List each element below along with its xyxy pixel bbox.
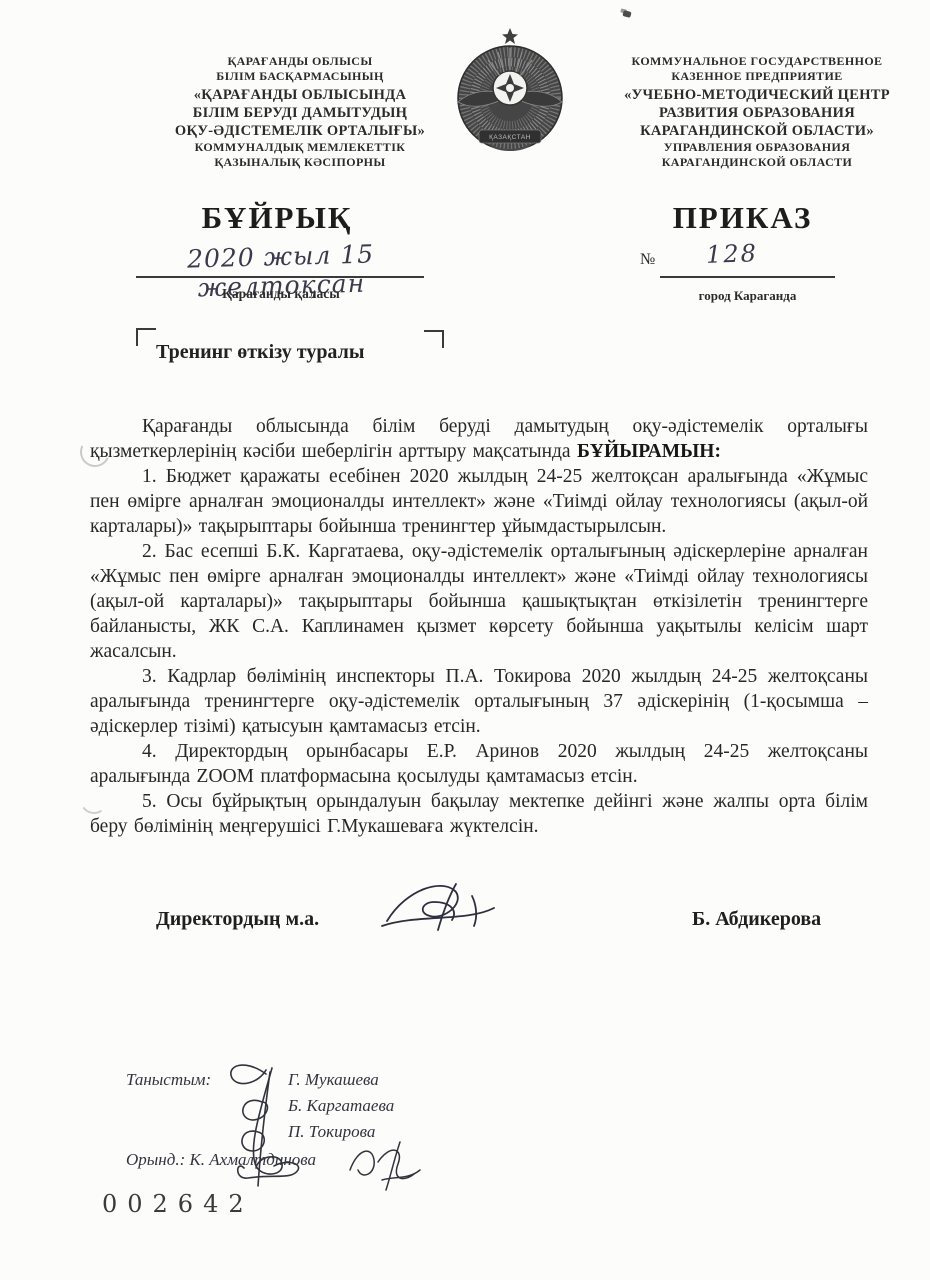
familiarized-name: Г. Мукашева [288, 1070, 379, 1090]
org-line: ҚАРАҒАНДЫ ОБЛЫСЫ [152, 54, 448, 69]
form-serial-number: 002642 [102, 1190, 254, 1218]
executor-line: Орынд.: К. Ахмалтдинова [126, 1150, 316, 1170]
director-signature [372, 876, 507, 943]
order-item-2: 2. Бас есепші Б.К. Каргатаева, оқу-әдіст… [90, 539, 868, 664]
number-underline [660, 276, 835, 278]
familiarized-label: Таныстым: [126, 1070, 211, 1090]
org-line: БІЛІМ БАСҚАРМАСЫНЫҢ [152, 69, 448, 84]
corner-bracket-right [424, 330, 444, 348]
order-title-kazakh: БҰЙРЫҚ [132, 200, 422, 236]
scanned-order-document: ҚАРАҒАНДЫ ОБЛЫСЫ БІЛІМ БАСҚАРМАСЫНЫҢ «ҚА… [0, 0, 930, 1280]
org-line: КОММУНАЛДЫҚ МЕМЛЕКЕТТІК [152, 140, 448, 155]
intro-paragraph: Қарағанды облысында білім беруді дамытуд… [90, 414, 868, 464]
order-item-3: 3. Кадрлар бөлімінің инспекторы П.А. Ток… [90, 664, 868, 739]
corner-bracket-left [136, 328, 156, 346]
kazakhstan-coat-of-arms-icon: ҚАЗАҚСТАН [452, 26, 568, 168]
city-kazakh: Қарағанды қаласы [140, 286, 422, 302]
intro-text: Қарағанды облысында білім беруді дамытуд… [90, 416, 868, 462]
order-verb: БҰЙЫРАМЫН: [577, 441, 721, 462]
date-underline [136, 276, 424, 278]
org-line: КОММУНАЛЬНОЕ ГОСУДАРСТВЕННОЕ [602, 54, 912, 69]
number-sign: № [640, 251, 655, 269]
svg-text:ҚАЗАҚСТАН: ҚАЗАҚСТАН [489, 134, 531, 141]
org-line: УПРАВЛЕНИЯ ОБРАЗОВАНИЯ [602, 140, 912, 155]
signer-name: Б. Абдикерова [692, 908, 821, 931]
org-line: КАРАГАНДИНСКОЙ ОБЛАСТИ» [602, 122, 912, 140]
order-subject: Тренинг өткізу туралы [156, 341, 364, 364]
handwritten-order-number: 128 [672, 238, 793, 270]
order-title-russian: ПРИКАЗ [630, 200, 855, 236]
org-line: ҚАЗЫНАЛЫҚ КӘСІПОРНЫ [152, 155, 448, 170]
familiarized-name: Б. Каргатаева [288, 1096, 394, 1116]
order-body: Қарағанды облысында білім беруді дамытуд… [90, 414, 868, 839]
scan-artifact-speck [622, 10, 631, 18]
executor-signature [342, 1136, 430, 1199]
org-name-russian: КОММУНАЛЬНОЕ ГОСУДАРСТВЕННОЕ КАЗЕННОЕ ПР… [602, 54, 912, 169]
order-item-1: 1. Бюджет қаражаты есебінен 2020 жылдың … [90, 464, 868, 539]
org-line: КАЗЕННОЕ ПРЕДПРИЯТИЕ [602, 69, 912, 84]
org-line: КАРАГАНДИНСКОЙ ОБЛАСТИ [602, 155, 912, 170]
org-line: «УЧЕБНО-МЕТОДИЧЕСКИЙ ЦЕНТР [602, 86, 912, 104]
order-item-4: 4. Директордың орынбасары Е.Р. Аринов 20… [90, 739, 868, 789]
org-line: РАЗВИТИЯ ОБРАЗОВАНИЯ [602, 104, 912, 122]
org-name-kazakh: ҚАРАҒАНДЫ ОБЛЫСЫ БІЛІМ БАСҚАРМАСЫНЫҢ «ҚА… [152, 54, 448, 169]
org-line: ОҚУ-ӘДІСТЕМЕЛІК ОРТАЛЫҒЫ» [152, 122, 448, 140]
org-line: БІЛІМ БЕРУДІ ДАМЫТУДЫҢ [152, 104, 448, 122]
org-line: «ҚАРАҒАНДЫ ОБЛЫСЫНДА [152, 86, 448, 104]
order-item-5: 5. Осы бұйрықтың орындалуын бақылау мект… [90, 789, 868, 839]
city-russian: город Караганда [655, 288, 840, 304]
signer-position: Директордың м.а. [156, 908, 319, 931]
